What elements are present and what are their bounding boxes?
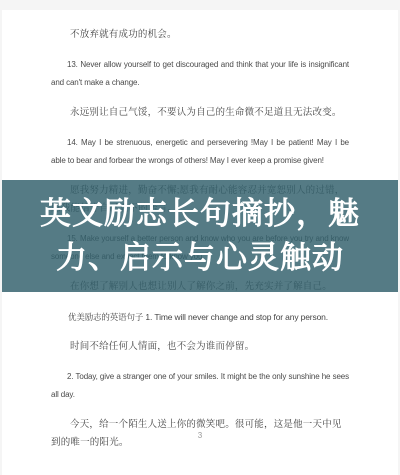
paragraph-zh-quote-13-trans: 永远别让自己气馁，不要认为自己的生命微不足道且无法改变。 (51, 104, 349, 122)
paragraph-en-quote-13: 13. Never allow yourself to get discoura… (51, 56, 349, 92)
paragraph-mixed-quote-1: 优美励志的英语句子 1. Time will never change and … (51, 308, 349, 326)
overlay-title-line-2: 力、启示与心灵触动 (56, 236, 344, 280)
overlay-title-line-1: 英文励志长句摘抄，魅 (40, 192, 360, 236)
page-number: 3 (2, 431, 398, 440)
document-page: 不放弃就有成功的机会。 13. Never allow yourself to … (2, 10, 398, 475)
document-viewport: 不放弃就有成功的机会。 13. Never allow yourself to … (0, 0, 400, 475)
paragraph-en-quote-14: 14. May I be strenuous, energetic and pe… (51, 134, 349, 170)
paragraph-zh-success-chance: 不放弃就有成功的机会。 (51, 26, 349, 44)
title-overlay-banner: 英文励志长句摘抄，魅 力、启示与心灵触动 (2, 180, 398, 292)
paragraph-zh-quote-1-trans: 时间不给任何人情面，也不会为谁而停留。 (51, 338, 349, 356)
paragraph-en-quote-2: 2. Today, give a stranger one of your sm… (51, 368, 349, 404)
